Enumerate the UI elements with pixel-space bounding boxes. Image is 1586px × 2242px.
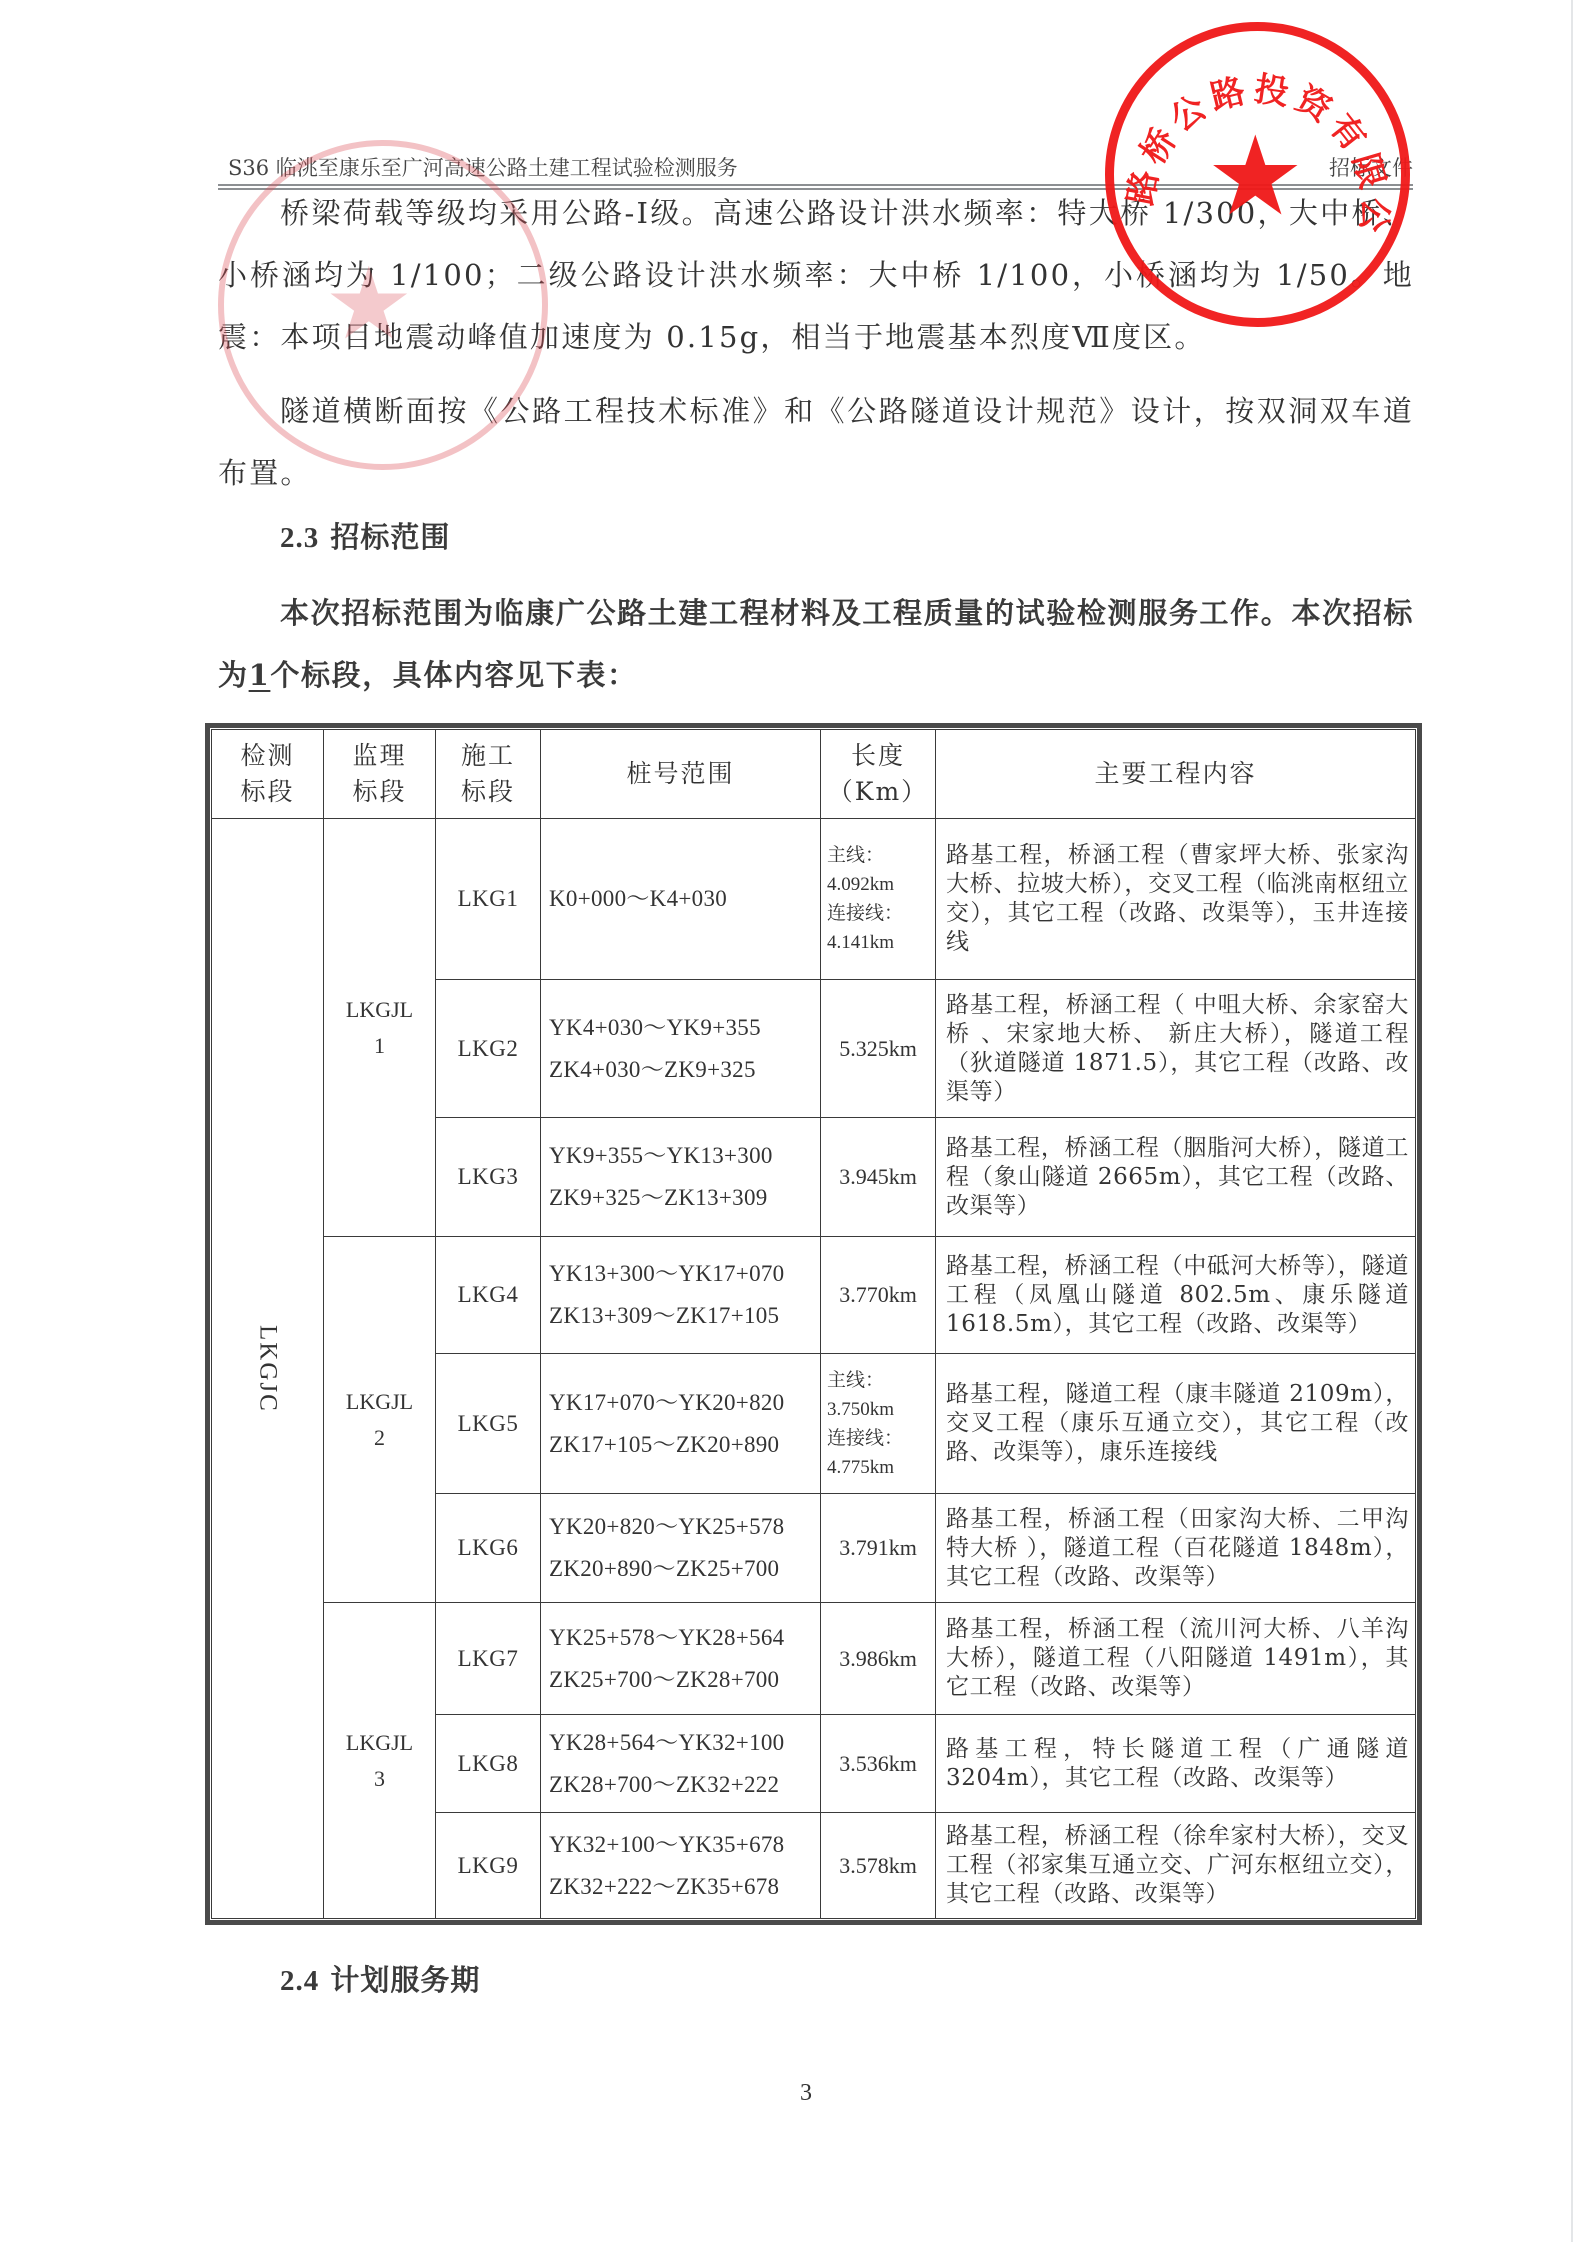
- row-2-content: 路基工程，桥涵工程（ 中咀大桥、余家窑大桥 、宋家地大桥、 新庄大桥），隧道工程…: [936, 980, 1415, 1118]
- row-3-length: 3.945km: [821, 1118, 936, 1237]
- row-9-range: YK32+100～YK35+678 ZK32+222～ZK35+678: [541, 1813, 821, 1918]
- row-3-code: LKG3: [436, 1118, 541, 1237]
- row-3-range: YK9+355～YK13+300 ZK9+325～ZK13+309: [541, 1118, 821, 1237]
- row-5-range: YK17+070～YK20+820 ZK17+105～ZK20+890: [541, 1354, 821, 1494]
- paragraph-tunnel-section: 隧道横断面按《公路工程技术标准》和《公路隧道设计规范》设计，按双洞双车道布置。: [218, 380, 1414, 504]
- row-7-content: 路基工程，桥涵工程（流川河大桥、八羊沟大桥），隧道工程（八阳隧道 1491m），…: [936, 1603, 1415, 1715]
- header-length: 长度（Km）: [821, 730, 936, 819]
- row-9-content: 路基工程，桥涵工程（徐牟家村大桥），交叉工程（祁家集互通立交、广河东枢纽立交），…: [936, 1813, 1415, 1918]
- header-inspection-section: 检测标段: [212, 730, 324, 819]
- row-5-code: LKG5: [436, 1354, 541, 1494]
- row-2-length: 5.325km: [821, 980, 936, 1118]
- section-heading-2-3: 2.3 招标范围: [280, 515, 450, 556]
- row-4-code: LKG4: [436, 1237, 541, 1354]
- row-4-length: 3.770km: [821, 1237, 936, 1354]
- row-1-length: 主线： 4.092km 连接线： 4.141km: [821, 819, 936, 980]
- row-7-code: LKG7: [436, 1603, 541, 1715]
- row-1-code: LKG1: [436, 819, 541, 980]
- header-project-title: S36 临洮至康乐至广河高速公路土建工程试验检测服务: [228, 152, 738, 182]
- row-8-code: LKG8: [436, 1715, 541, 1813]
- row-2-code: LKG2: [436, 980, 541, 1118]
- row-5-content: 路基工程，隧道工程（康丰隧道 2109m），交叉工程（康乐互通立交），其它工程（…: [936, 1354, 1415, 1494]
- row-3-content: 路基工程，桥涵工程（胭脂河大桥），隧道工程（象山隧道 2665m），其它工程（改…: [936, 1118, 1415, 1237]
- row-4-range: YK13+300～YK17+070 ZK13+309～ZK17+105: [541, 1237, 821, 1354]
- section-heading-2-4: 2.4 计划服务期: [280, 1958, 480, 1999]
- supervision-cell-2: LKGJL 2: [324, 1237, 436, 1603]
- row-7-length: 3.986km: [821, 1603, 936, 1715]
- paragraph-bridge-load: 桥梁荷载等级均采用公路-Ⅰ级。高速公路设计洪水频率：特大桥 1/300，大中桥、…: [218, 182, 1414, 368]
- row-8-range: YK28+564～YK32+100 ZK28+700～ZK32+222: [541, 1715, 821, 1813]
- bid-section-count: 1: [249, 658, 271, 692]
- running-header: S36 临洮至康乐至广河高速公路土建工程试验检测服务 招标文件: [228, 150, 1413, 182]
- header-main-works: 主要工程内容: [936, 730, 1415, 819]
- row-1-range: K0+000～K4+030: [541, 819, 821, 980]
- row-9-length: 3.578km: [821, 1813, 936, 1918]
- row-6-content: 路基工程，桥涵工程（田家沟大桥、二甲沟特大桥 ），隧道工程（百花隧道 1848m…: [936, 1494, 1415, 1603]
- row-7-range: YK25+578～YK28+564 ZK25+700～ZK28+700: [541, 1603, 821, 1715]
- row-1-content: 路基工程，桥涵工程（曹家坪大桥、张家沟大桥、拉坡大桥），交叉工程（临洮南枢纽立交…: [936, 819, 1415, 980]
- row-4-content: 路基工程，桥涵工程（中砥河大桥等），隧道工程（凤凰山隧道 802.5m、康乐隧道…: [936, 1237, 1415, 1354]
- header-chainage-range: 桩号范围: [541, 730, 821, 819]
- header-construction-section: 施工标段: [436, 730, 541, 819]
- row-6-length: 3.791km: [821, 1494, 936, 1603]
- inspection-section-cell: LKGJC: [212, 819, 324, 1918]
- supervision-cell-3: LKGJL 3: [324, 1603, 436, 1918]
- row-6-range: YK20+820～YK25+578 ZK20+890～ZK25+700: [541, 1494, 821, 1603]
- paragraph-bid-scope: 本次招标范围为临康广公路土建工程材料及工程质量的试验检测服务工作。本次招标为1个…: [218, 582, 1414, 706]
- supervision-cell-1: LKGJL 1: [324, 819, 436, 1237]
- inspection-section-label: LKGJC: [254, 1325, 282, 1413]
- row-8-content: 路基工程，特长隧道工程（广通隧道 3204m），其它工程（改路、改渠等）: [936, 1715, 1415, 1813]
- row-9-code: LKG9: [436, 1813, 541, 1918]
- row-8-length: 3.536km: [821, 1715, 936, 1813]
- bid-sections-table: 检测标段 监理标段 施工标段 桩号范围 长度（Km） 主要工程内容 LKGJC …: [211, 729, 1416, 1919]
- page-edge-line: [1571, 0, 1573, 2242]
- row-2-range: YK4+030～YK9+355 ZK4+030～ZK9+325: [541, 980, 821, 1118]
- page-number: 3: [800, 2080, 812, 2107]
- row-6-code: LKG6: [436, 1494, 541, 1603]
- header-doc-type: 招标文件: [1329, 152, 1413, 182]
- row-5-length: 主线： 3.750km 连接线： 4.775km: [821, 1354, 936, 1494]
- header-supervision-section: 监理标段: [324, 730, 436, 819]
